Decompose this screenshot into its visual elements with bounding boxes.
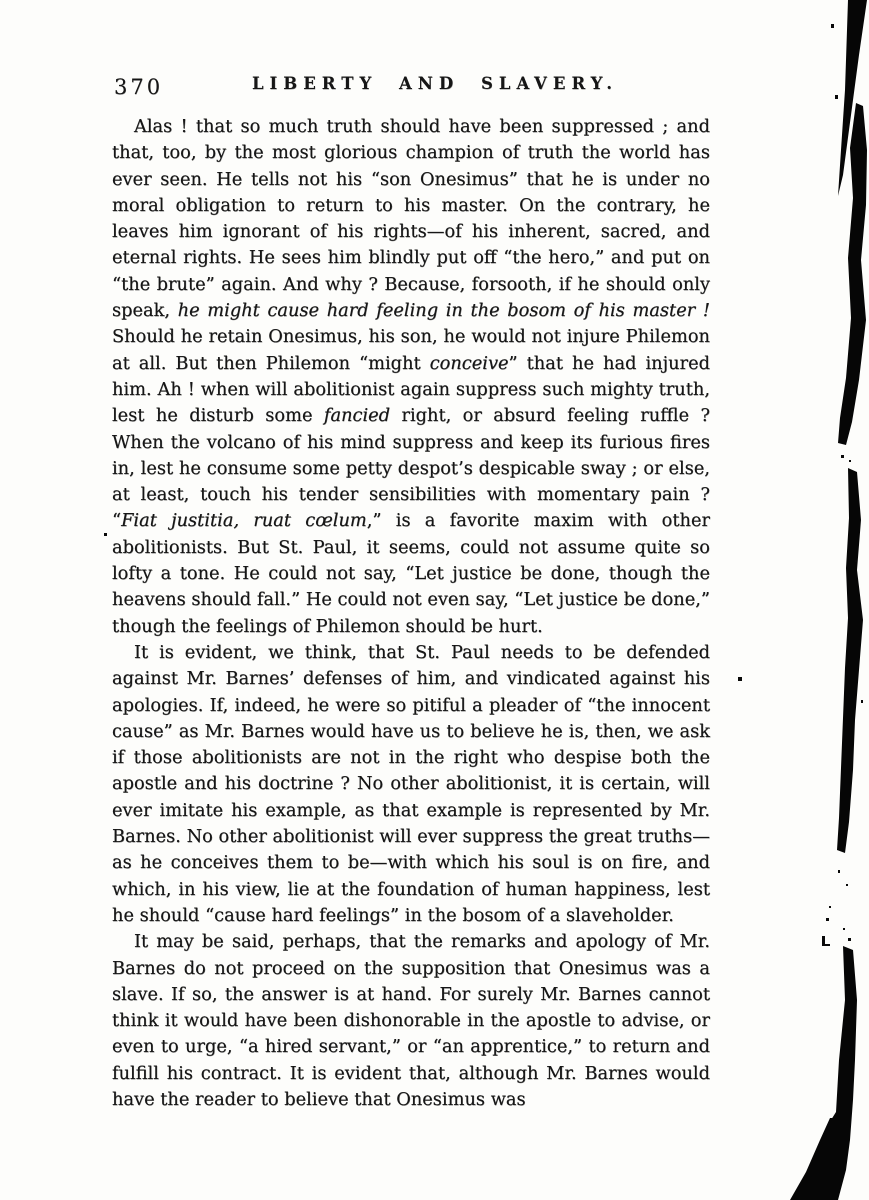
italic-text-segment: Fiat justitia, ruat cœlum: [121, 510, 367, 531]
binding-shadow: [790, 0, 867, 1200]
page-header: 370 LIBERTY AND SLAVERY.: [112, 70, 710, 102]
running-header: LIBERTY AND SLAVERY.: [136, 74, 734, 93]
italic-text-segment: he might cause hard feeling in the bosom…: [178, 300, 710, 321]
binding-shadow-fringe: [790, 1118, 840, 1200]
book-page: 370 LIBERTY AND SLAVERY. Alas ! that so …: [0, 0, 869, 1200]
text-segment: Alas ! that so much truth should have be…: [112, 116, 710, 321]
binding-shadow-middle: [837, 468, 863, 853]
text-segment: It may be said, perhaps, that the remark…: [112, 931, 710, 1110]
paragraph: It may be said, perhaps, that the remark…: [112, 929, 710, 1113]
text-segment: It is evident, we think, that St. Paul n…: [112, 642, 710, 926]
binding-shadow-top: [838, 0, 867, 196]
italic-text-segment: conceive: [430, 353, 509, 374]
binding-shadow-upper: [838, 103, 867, 445]
paragraph: Alas ! that so much truth should have be…: [112, 114, 710, 640]
page-body: Alas ! that so much truth should have be…: [112, 114, 710, 1113]
binding-shadow-bottom: [800, 946, 857, 1200]
paragraph: It is evident, we think, that St. Paul n…: [112, 640, 710, 929]
italic-text-segment: fancied: [324, 405, 390, 426]
